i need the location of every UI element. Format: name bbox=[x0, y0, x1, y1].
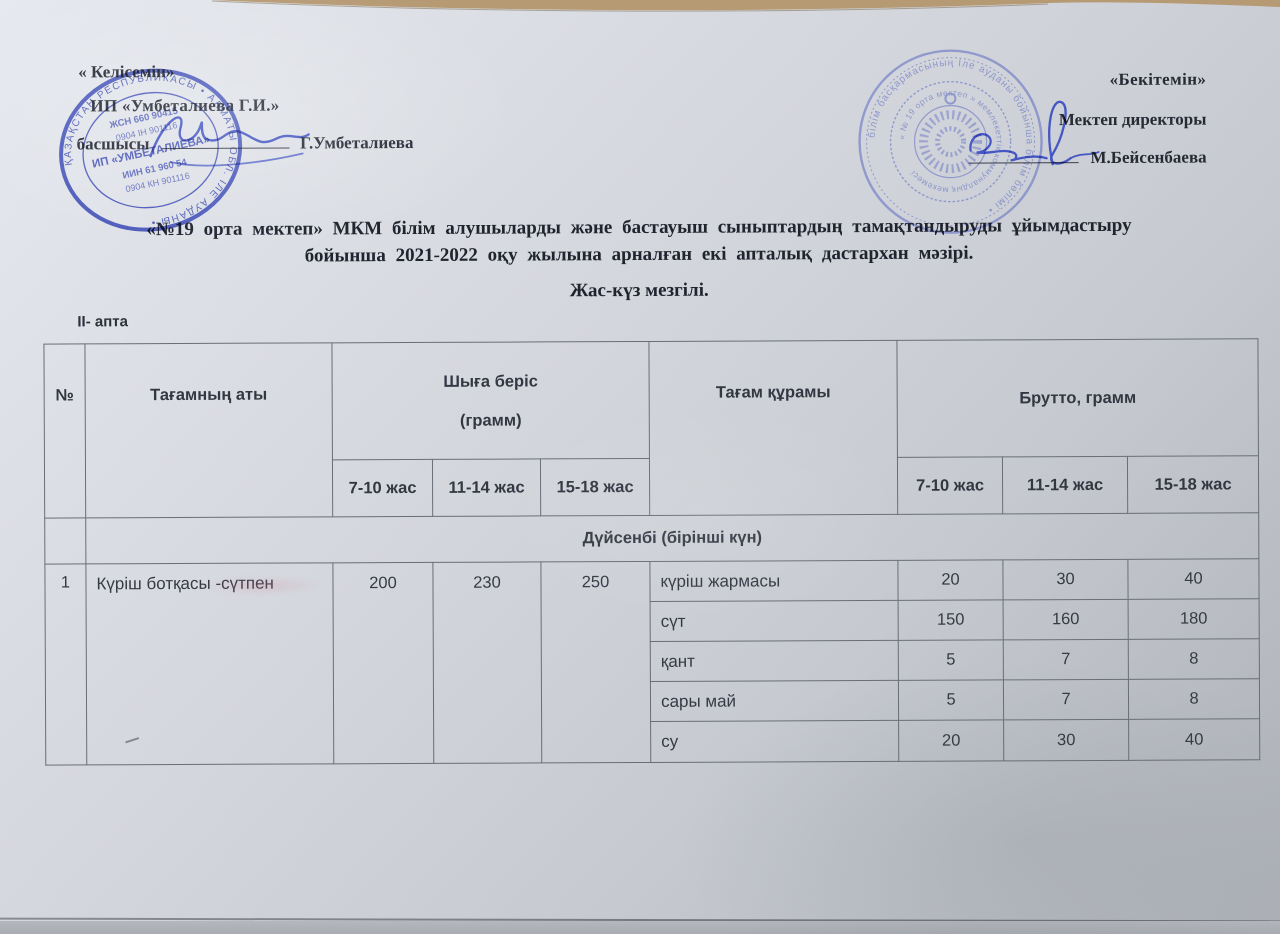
scanned-document-photo: « Келісемін» ИП «Умбеталиева Г.И.» басшы… bbox=[0, 0, 1280, 934]
surface-below-paper bbox=[0, 921, 1280, 934]
brutto-value: 150 bbox=[898, 600, 1003, 640]
day-section-row: Дүйсенбі (бірінші күн) bbox=[45, 513, 1259, 564]
season-subtitle: Жас-күз мезгілі. bbox=[59, 277, 1219, 304]
brutto-value: 30 bbox=[1004, 719, 1129, 761]
age-col-15-18: 15-18 жас bbox=[1127, 456, 1258, 514]
output-label: Шыға беріс bbox=[333, 370, 649, 391]
dish-name: Күріш ботқасы -сүтпен bbox=[86, 563, 334, 765]
brutto-value: 8 bbox=[1128, 679, 1259, 720]
title-line-2: бойынша 2021-2022 оқу жылына арналған ек… bbox=[59, 238, 1219, 270]
brutto-value: 160 bbox=[1003, 599, 1128, 640]
col-header-composition: Тағам құрамы bbox=[649, 340, 898, 515]
portion-7-10: 200 bbox=[333, 562, 434, 763]
brutto-value: 20 bbox=[898, 560, 1003, 600]
desk-edge bbox=[0, 0, 1280, 15]
brutto-value: 5 bbox=[898, 640, 1003, 680]
menu-table: № Тағамның аты Шыға беріс (грамм) Тағам … bbox=[43, 338, 1260, 765]
age-col-7-10: 7-10 жас bbox=[332, 459, 432, 516]
brutto-value: 7 bbox=[1003, 679, 1128, 720]
brutto-value: 8 bbox=[1128, 639, 1259, 680]
ingredient-name: күріш жармасы bbox=[650, 560, 898, 601]
header-row-1: № Тағамның аты Шыға беріс (грамм) Тағам … bbox=[44, 339, 1259, 461]
col-header-number: № bbox=[44, 344, 86, 518]
row-number: 1 bbox=[45, 564, 87, 765]
age-col-11-14: 11-14 жас bbox=[432, 459, 540, 516]
portion-11-14: 230 bbox=[433, 562, 542, 763]
empty-cell bbox=[45, 518, 86, 564]
signature-right bbox=[956, 90, 1146, 177]
brutto-value: 180 bbox=[1128, 599, 1259, 640]
table-row: 1 Күріш ботқасы -сүтпен 200 230 250 күрі… bbox=[45, 559, 1259, 604]
col-header-brutto: Брутто, грамм bbox=[897, 339, 1259, 458]
ingredient-name: қант bbox=[650, 640, 898, 681]
ingredient-name: сүт bbox=[650, 600, 898, 641]
age-col-15-18: 15-18 жас bbox=[540, 458, 649, 515]
ingredient-name: сары май bbox=[650, 680, 898, 721]
signature-left bbox=[140, 103, 320, 176]
brutto-value: 40 bbox=[1128, 559, 1259, 600]
brutto-value: 7 bbox=[1003, 639, 1128, 680]
ingredient-name: су bbox=[651, 720, 899, 762]
brutto-value: 40 bbox=[1129, 719, 1260, 761]
age-col-7-10: 7-10 жас bbox=[897, 457, 1002, 514]
brutto-value: 5 bbox=[898, 680, 1003, 720]
output-unit-label: (грамм) bbox=[333, 409, 649, 430]
col-header-dish: Тағамның аты bbox=[85, 343, 333, 518]
paper-sheet: « Келісемін» ИП «Умбеталиева Г.И.» басшы… bbox=[0, 0, 1280, 934]
col-header-output: Шыға беріс (грамм) bbox=[332, 341, 650, 459]
portion-15-18: 250 bbox=[541, 561, 651, 762]
brutto-value: 30 bbox=[1003, 559, 1128, 600]
day-section-label: Дүйсенбі (бірінші күн) bbox=[86, 513, 1259, 564]
brutto-value: 20 bbox=[899, 720, 1004, 761]
week-label: ІІ- апта bbox=[77, 313, 128, 330]
age-col-11-14: 11-14 жас bbox=[1002, 456, 1127, 514]
